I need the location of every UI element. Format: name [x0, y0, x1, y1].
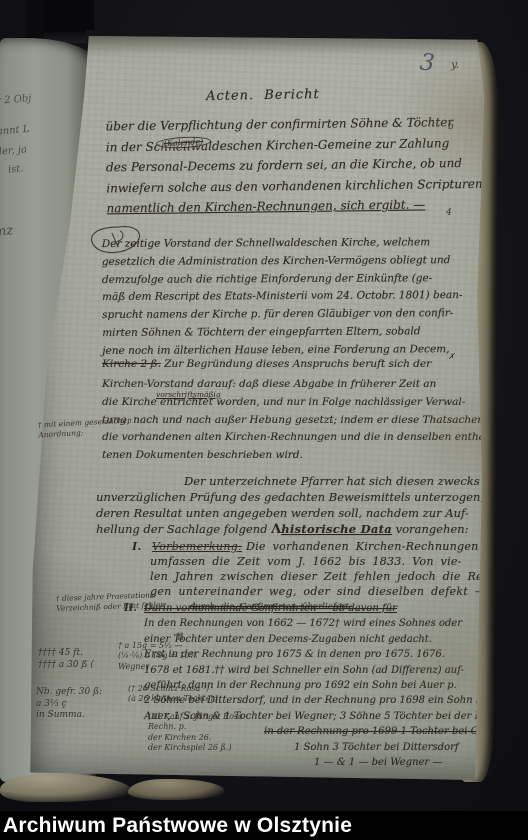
struck-words: Kirche 2 ß.: [102, 358, 161, 370]
struck-heading: Darin vorkommende Confirmirten — ob davo…: [144, 601, 528, 616]
manuscript-line: mirten Söhnen & Töchtern der eingepfarrt…: [102, 323, 463, 343]
line-text: hellung der Sachlage folgend: [96, 522, 271, 536]
body-paragraph: Der zeitige Vorstand der Schnellwaldesch…: [102, 234, 463, 360]
margin-note: † diese jahre Praestations-Verzeichniß o…: [56, 590, 166, 613]
line-text: Zur Begründung dieses Anspruchs beruft s…: [161, 358, 431, 370]
manuscript-line: Kirche 2 ß. Zur Begründung dieses Anspru…: [102, 358, 431, 370]
margin-note: (31 Kauf z. Jüngst RosaRechn. p.der Kirc…: [148, 712, 243, 754]
deletion-cross-mark: ✗: [448, 352, 455, 361]
manuscript-line: die vorhandenen alten Kirchen-Rechnungen…: [102, 429, 519, 447]
manuscript-line: In den Rechnungen von 1662 — 1672† wird …: [144, 616, 528, 631]
manuscript-line: namentlich den Kirchen-Rechnungen, sich …: [106, 194, 486, 219]
manuscript-line: Der unterzeichnete Pfarrer hat sich dies…: [96, 473, 514, 489]
margin-note: †††† 45 ft.†††† a 30 ß (: [38, 648, 94, 671]
edge-annotation-mark: y.: [451, 58, 459, 71]
margin-note: († 26 Schlitz Rosa ³)(à 26 kleinen Tocht…: [128, 684, 218, 705]
tally-mark: |||||: [176, 632, 183, 640]
edge-annotation-mark: 4: [446, 208, 452, 218]
margin-note-line: Wegner: [118, 662, 197, 672]
archive-name-label: Archiwum Państwowe w Olsztynie: [3, 814, 352, 838]
manuscript-line: Erst in der Rechnung pro 1675 & in denen…: [144, 647, 528, 662]
manuscript-line: Der zeitige Vorstand der Schnellwaldesch…: [102, 234, 463, 254]
verso-text-fragment: mz: [0, 223, 14, 240]
item-numeral: I.: [132, 539, 142, 554]
margin-note-line: (à 26 kleinen Tochter): [128, 694, 218, 704]
manuscript-line: 1 — & 1 — bei Wegner —: [314, 755, 528, 770]
manuscript-line: gesetzlich die Administration des Kirche…: [102, 252, 463, 272]
manuscript-line: umfassen die Zeit vom J. 1662 bis 1833. …: [150, 554, 523, 569]
verso-text-fragment: der 2 Obj: [0, 93, 32, 108]
archive-watermark-bar: Archiwum Państwowe w Olsztynie: [0, 811, 528, 840]
manuscript-line: mäß dem Rescript des Etats-Ministerii vo…: [102, 287, 463, 307]
verso-text-fragment: genannt L: [0, 124, 30, 139]
margin-note-line: a 3⅓ ç: [36, 699, 102, 711]
manuscript-line: demzufolge auch die richtige Einforderun…: [102, 270, 463, 290]
insertion-caret: Λ: [271, 522, 281, 537]
margin-note-line: †††† 45 ft.: [38, 648, 94, 660]
margin-note-line: der Kirchen 26.: [148, 733, 243, 743]
margin-note-line: der Kirchspiel 26 ß.): [148, 743, 243, 753]
margin-note: Nb. gefr. 30 ß:a 3⅓ çin Summa.: [36, 687, 102, 722]
margin-note-line: in Summa.: [36, 710, 102, 722]
bottom-page-edge: [0, 774, 132, 802]
line-text: vorangehen:: [392, 522, 469, 536]
emphasized-phrase: historische Data: [281, 522, 392, 536]
margin-note-line: † a 15g = 5⅓ —: [118, 641, 197, 651]
bottom-page-edge: [128, 779, 224, 800]
archival-scan: der 2 Obj genannt L n der, ja ist. mz Ac…: [0, 0, 528, 840]
manuscript-line: gen untereinander weg, oder sind dieselb…: [150, 584, 523, 599]
page-number: 3: [419, 49, 436, 76]
struck-words: Vorbemerkung.: [152, 539, 242, 554]
intro-paragraph: über die Verpflichtung der confirmirten …: [105, 112, 486, 219]
edge-annotation-mark: b: [448, 122, 454, 132]
margin-note: † a 15g = 5⅓ —(¼·⅛) à 10g = 10⅙Wegner: [118, 641, 197, 672]
manuscript-page: Acten. Bericht über die Verpflichtung de…: [28, 36, 496, 780]
manuscript-line: hellung der Sachlage folgend Λhistorisch…: [96, 521, 514, 538]
margin-note-line: († 26 Schlitz Rosa ³): [128, 684, 218, 694]
interline-insertion: vorschriftsmäßig: [156, 390, 221, 399]
manuscript-line: einer Tochter unter den Decems-Zugaben n…: [144, 632, 528, 647]
manuscript-line: tenen Dokumenten beschrieben wird.: [102, 447, 519, 465]
manuscript-line: 1678 et 1681.†† wird bei Schneller ein S…: [144, 663, 528, 678]
manuscript-line: tung, nach und nach außer Hebung gesetzt…: [102, 412, 519, 430]
verso-text-fragment: ist.: [8, 163, 24, 175]
verso-text-fragment: n der, ja: [0, 144, 27, 159]
manuscript-line: deren Resultat unten angegeben werden so…: [96, 505, 514, 521]
manuscript-line: sprucht namens der Kirche p. für deren G…: [102, 305, 463, 325]
manuscript-line: unverzüglichen Prüfung des gedachten Bew…: [96, 489, 514, 505]
body-paragraph: Der unterzeichnete Pfarrer hat sich dies…: [96, 473, 514, 538]
margin-note-line: (31 Kauf z. Jüngst Rosa: [148, 712, 243, 722]
book-spine-corner: [26, 0, 44, 38]
manuscript-line: len Jahren zwischen dieser Zeit fehlen j…: [150, 569, 523, 584]
margin-note-line: Nb. gefr. 30 ß:: [36, 687, 102, 699]
margin-note-line: Rechn. p.: [148, 722, 243, 732]
margin-note-line: †††† a 30 ß (: [38, 660, 94, 672]
margin-note-line: (¼·⅛) à 10g = 10⅙: [118, 651, 197, 661]
document-title: Acten. Bericht: [206, 87, 320, 104]
